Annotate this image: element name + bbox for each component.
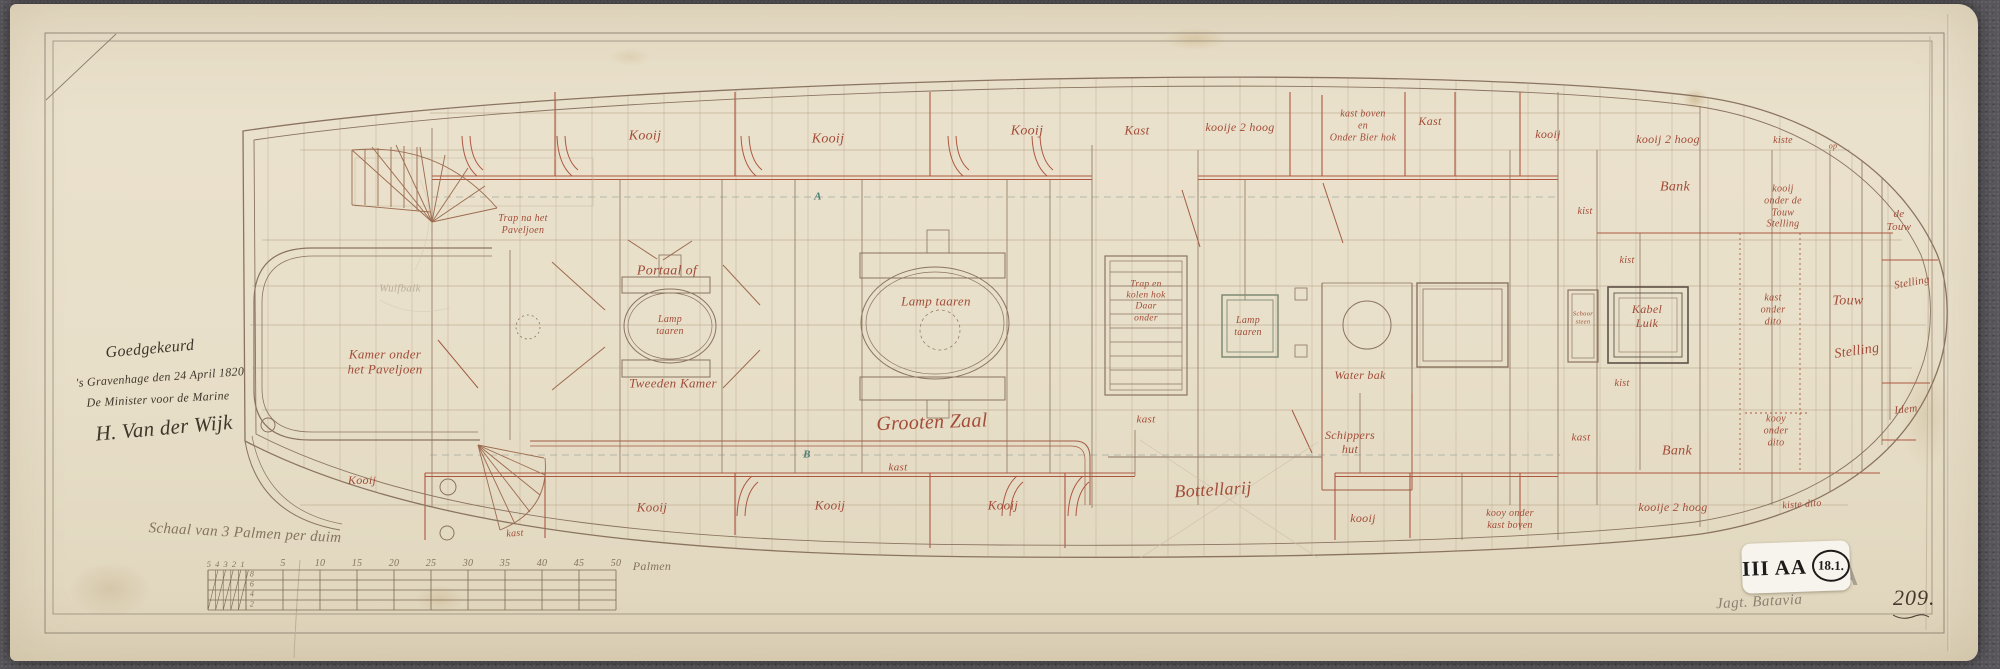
archive-sticker: III AA 18.1. — [1741, 540, 1851, 594]
scanned-sheet-stage: KooijKooijKooijKastkooije 2 hoogkast bov… — [0, 0, 2000, 669]
page-number: 209. — [1893, 585, 1936, 611]
hull-outline — [243, 77, 1947, 557]
scale-bar — [208, 570, 616, 610]
sheet-border — [45, 33, 1944, 633]
plan-structures — [245, 145, 1929, 618]
paper-crack — [294, 560, 300, 658]
hull-frame-lines — [268, 60, 1888, 600]
red-partitions — [425, 92, 1938, 548]
archive-number-circle: 18.1. — [1812, 549, 1851, 582]
ship-plan-drawing — [0, 0, 2000, 669]
deck-lines — [250, 113, 1926, 505]
archive-code: III AA — [1742, 554, 1808, 581]
